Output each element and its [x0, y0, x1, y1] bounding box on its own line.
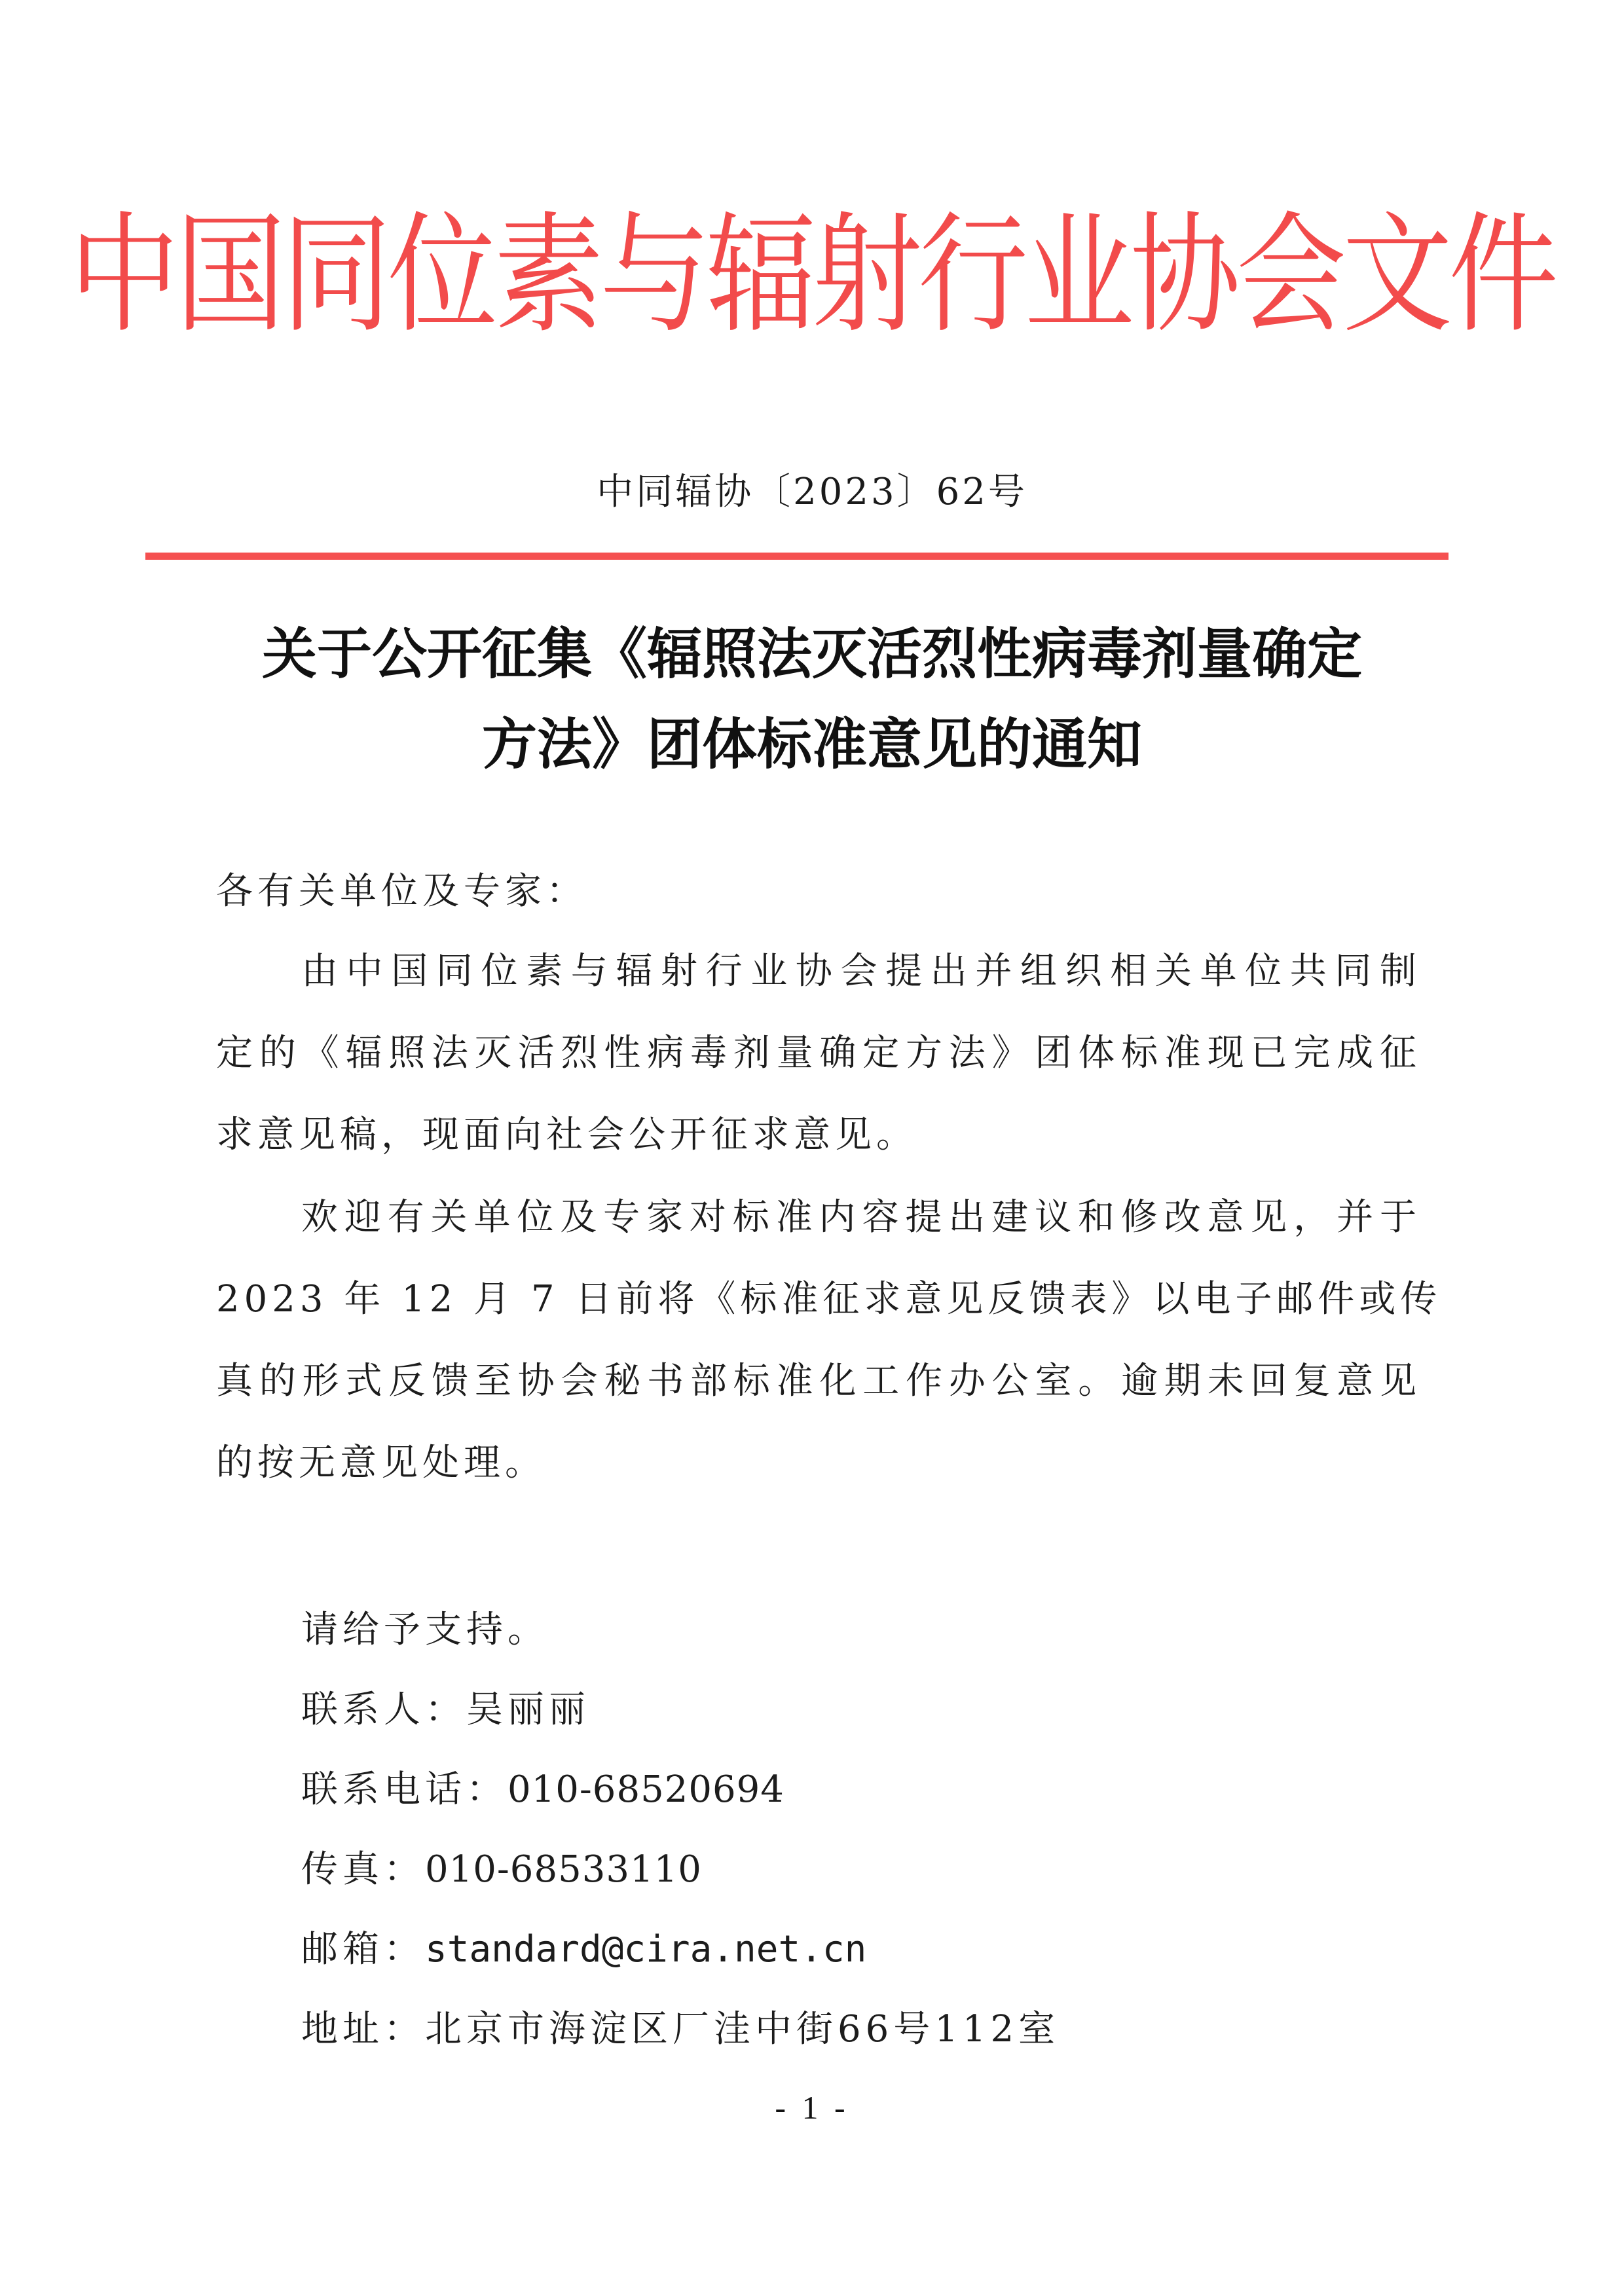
address-label: 地址：: [301, 2008, 425, 2050]
closing-request: 请给予支持。: [301, 1604, 549, 1656]
salutation: 各有关单位及专家：: [216, 866, 587, 918]
notice-title-line-1: 关于公开征集《辐照法灭活烈性病毒剂量确定: [196, 609, 1428, 699]
paragraph-2-line: 2023 年 12 月 7 日前将《标准征求意见反馈表》以电子邮件或传: [216, 1273, 1421, 1326]
contact-person-label: 联系人：: [301, 1688, 466, 1731]
contact-email-row: 邮箱：standard@cira.net.cn: [301, 1923, 866, 1976]
page-number: - 1 -: [0, 2088, 1624, 2126]
paragraph-1-line: 定的《辐照法灭活烈性病毒剂量确定方法》团体标准现已完成征: [216, 1027, 1421, 1080]
paragraph-1-line: 由中国同位素与辐射行业协会提出并组织相关单位共同制: [301, 945, 1421, 998]
phone-label: 联系电话：: [301, 1768, 507, 1811]
contact-person-row: 联系人：吴丽丽: [301, 1684, 590, 1736]
contact-fax-row: 传真：010-68533110: [301, 1844, 702, 1896]
paragraph-2-line: 真的形式反馈至协会秘书部标准化工作办公室。逾期未回复意见: [216, 1355, 1421, 1408]
phone-number: 010-68520694: [507, 1768, 784, 1811]
contact-person: 吴丽丽: [466, 1688, 590, 1731]
email-label: 邮箱：: [301, 1928, 425, 1971]
contact-phone-row: 联系电话：010-68520694: [301, 1764, 784, 1816]
notice-title-line-2: 方法》团体标准意见的通知: [196, 699, 1428, 790]
contact-address-row: 地址：北京市海淀区厂洼中街66号112室: [301, 2003, 1060, 2056]
header-divider: [145, 553, 1449, 560]
paragraph-2-line: 欢迎有关单位及专家对标准内容提出建议和修改意见，并于: [301, 1192, 1421, 1244]
email-address: standard@cira.net.cn: [425, 1928, 866, 1971]
document-page: 中国同位素与辐射行业协会文件 中同辐协〔2023〕62号 关于公开征集《辐照法灭…: [0, 0, 1624, 2296]
fax-label: 传真：: [301, 1848, 425, 1891]
address: 北京市海淀区厂洼中街66号112室: [425, 2008, 1060, 2050]
paragraph-1-line: 求意见稿，现面向社会公开征求意见。: [216, 1109, 917, 1161]
notice-title: 关于公开征集《辐照法灭活烈性病毒剂量确定 方法》团体标准意见的通知: [196, 609, 1428, 790]
fax-number: 010-68533110: [425, 1848, 702, 1891]
document-header-title: 中国同位素与辐射行业协会文件: [0, 190, 1624, 360]
paragraph-2-line: 的按无意见处理。: [216, 1437, 546, 1489]
document-number: 中同辐协〔2023〕62号: [0, 466, 1624, 519]
